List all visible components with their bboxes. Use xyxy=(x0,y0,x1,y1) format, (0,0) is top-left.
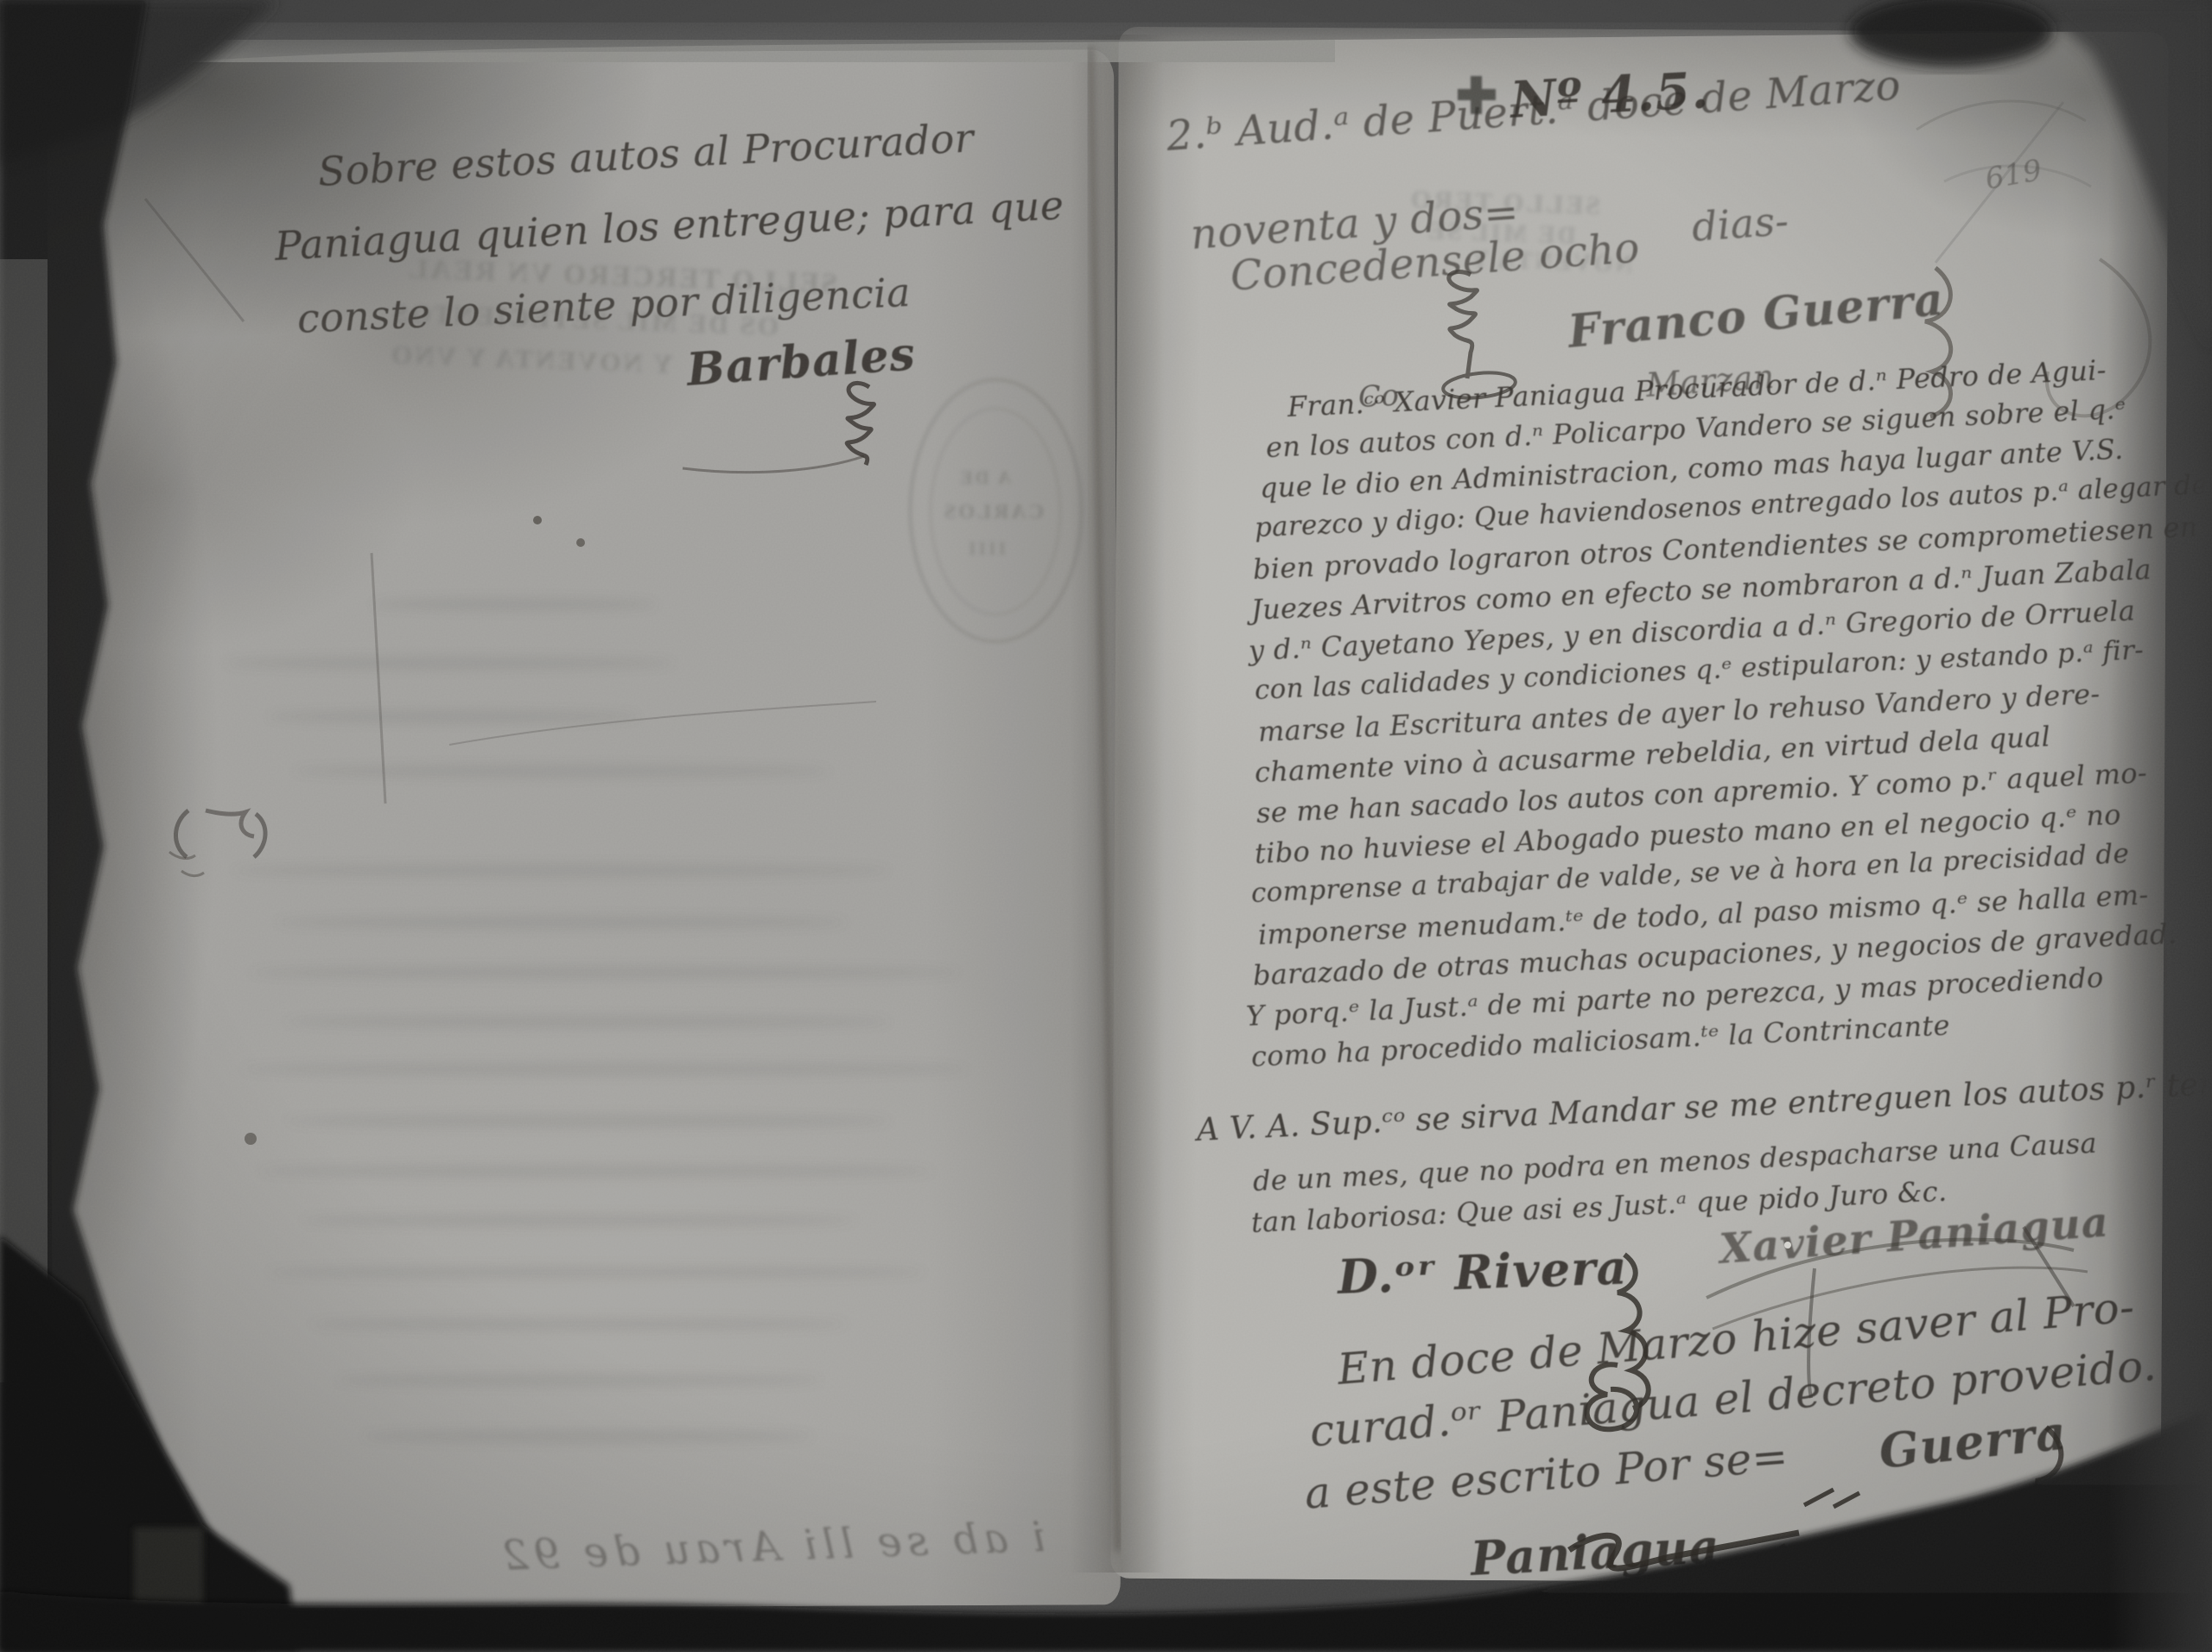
seal-stamp-text: IIII xyxy=(966,537,1006,560)
bleed-row xyxy=(259,1165,933,1178)
bleed-row xyxy=(242,1063,968,1076)
seal-stamp-text: A DE xyxy=(957,467,1012,489)
decree-word-dias: dias- xyxy=(1690,197,1790,251)
bleed-row xyxy=(268,710,639,723)
bleed-row xyxy=(311,1318,847,1331)
bleed-row xyxy=(363,1430,812,1443)
bleed-row xyxy=(294,765,829,778)
signature-rivera: D.ᵒʳ Rivera xyxy=(1337,1239,1629,1305)
bleed-row xyxy=(302,1214,855,1227)
bleed-row xyxy=(251,966,959,979)
seal-stamp-text: CARLOS xyxy=(942,501,1044,524)
bleed-row xyxy=(285,1015,890,1028)
top-edge xyxy=(0,0,2212,22)
manuscript-photo: SELLO TERCERO VN REAL OS DE MIL SETECIEN… xyxy=(0,0,2212,1652)
bleed-row xyxy=(337,1374,821,1387)
bleed-row xyxy=(276,916,847,929)
bleed-row xyxy=(233,864,890,877)
bleed-row xyxy=(225,657,674,670)
note-tail: se- xyxy=(2072,1464,2126,1509)
bleed-row xyxy=(372,598,657,611)
page-gutter xyxy=(1070,35,1165,1573)
bleed-row xyxy=(285,1115,890,1128)
bleed-row xyxy=(268,1266,925,1279)
left-edge-gray xyxy=(0,259,48,1382)
